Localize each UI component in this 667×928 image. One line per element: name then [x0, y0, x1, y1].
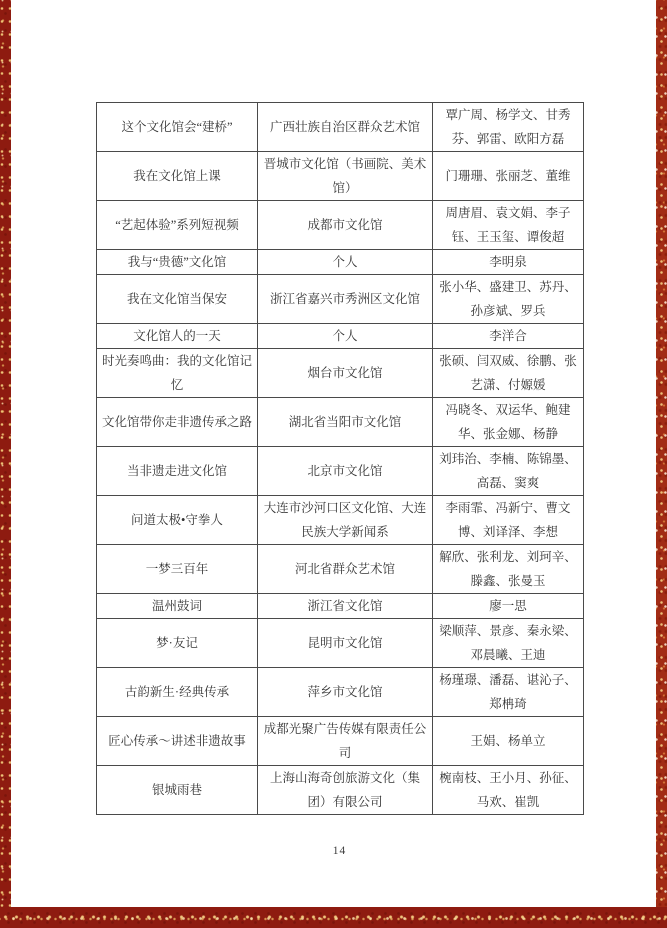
work-title-cell: 文化馆人的一天 — [97, 324, 258, 349]
work-title-cell: 我在文化馆上课 — [97, 152, 258, 201]
table-row: 一梦三百年河北省群众艺术馆解欣、张利龙、刘珂辛、滕鑫、张曼玉 — [97, 545, 584, 594]
organization-cell: 北京市文化馆 — [258, 447, 433, 496]
people-cell: 杨瑾璟、潘磊、谌沁子、郑柟琦 — [433, 668, 584, 717]
work-title-cell: 我与“贵德”文化馆 — [97, 250, 258, 275]
organization-cell: 成都市文化馆 — [258, 201, 433, 250]
work-title-cell: 文化馆带你走非遗传承之路 — [97, 398, 258, 447]
organization-cell: 个人 — [258, 250, 433, 275]
people-cell: 张小华、盛建卫、苏丹、孙彦斌、罗兵 — [433, 275, 584, 324]
organization-cell: 浙江省文化馆 — [258, 594, 433, 619]
table-row: 古韵新生·经典传承萍乡市文化馆杨瑾璟、潘磊、谌沁子、郑柟琦 — [97, 668, 584, 717]
people-cell: 椀南枝、王小月、孙征、马欢、崔凯 — [433, 766, 584, 815]
table-row: 梦·友记昆明市文化馆梁顺萍、景彦、秦永梁、邓晨曦、王迪 — [97, 619, 584, 668]
people-cell: 李洋合 — [433, 324, 584, 349]
awards-table-body: 这个文化馆会“建桥”广西壮族自治区群众艺术馆覃广周、杨学文、甘秀芬、郭雷、欧阳方… — [97, 103, 584, 815]
awards-table: 这个文化馆会“建桥”广西壮族自治区群众艺术馆覃广周、杨学文、甘秀芬、郭雷、欧阳方… — [96, 102, 584, 815]
page-number: 14 — [96, 845, 583, 857]
work-title-cell: 温州鼓词 — [97, 594, 258, 619]
work-title-cell: 我在文化馆当保安 — [97, 275, 258, 324]
work-title-cell: 当非遗走进文化馆 — [97, 447, 258, 496]
frame-left-border — [0, 0, 11, 928]
table-row: 时光奏鸣曲：我的文化馆记忆烟台市文化馆张硕、闫双威、徐鹏、张艺潇、付嫄媛 — [97, 349, 584, 398]
organization-cell: 萍乡市文化馆 — [258, 668, 433, 717]
organization-cell: 浙江省嘉兴市秀洲区文化馆 — [258, 275, 433, 324]
work-title-cell: 时光奏鸣曲：我的文化馆记忆 — [97, 349, 258, 398]
table-row: 文化馆人的一天个人李洋合 — [97, 324, 584, 349]
organization-cell: 广西壮族自治区群众艺术馆 — [258, 103, 433, 152]
table-row: 银城雨巷上海山海奇创旅游文化（集团）有限公司椀南枝、王小月、孙征、马欢、崔凯 — [97, 766, 584, 815]
organization-cell: 个人 — [258, 324, 433, 349]
people-cell: 门珊珊、张丽芝、董维 — [433, 152, 584, 201]
organization-cell: 晋城市文化馆（书画院、美术馆） — [258, 152, 433, 201]
people-cell: 周唐眉、袁文娟、李子钰、王玉玺、谭俊超 — [433, 201, 584, 250]
frame-right-border — [656, 0, 667, 928]
table-row: 温州鼓词浙江省文化馆廖一思 — [97, 594, 584, 619]
organization-cell: 河北省群众艺术馆 — [258, 545, 433, 594]
table-row: “艺起体验”系列短视频成都市文化馆周唐眉、袁文娟、李子钰、王玉玺、谭俊超 — [97, 201, 584, 250]
table-row: 当非遗走进文化馆北京市文化馆刘玮治、李楠、陈锦墨、高磊、窦爽 — [97, 447, 584, 496]
people-cell: 覃广周、杨学文、甘秀芬、郭雷、欧阳方磊 — [433, 103, 584, 152]
people-cell: 梁顺萍、景彦、秦永梁、邓晨曦、王迪 — [433, 619, 584, 668]
table-row: 这个文化馆会“建桥”广西壮族自治区群众艺术馆覃广周、杨学文、甘秀芬、郭雷、欧阳方… — [97, 103, 584, 152]
work-title-cell: 古韵新生·经典传承 — [97, 668, 258, 717]
work-title-cell: 这个文化馆会“建桥” — [97, 103, 258, 152]
work-title-cell: 一梦三百年 — [97, 545, 258, 594]
table-row: 匠心传承～讲述非遗故事成都光聚广告传媒有限责任公司王娟、杨单立 — [97, 717, 584, 766]
organization-cell: 上海山海奇创旅游文化（集团）有限公司 — [258, 766, 433, 815]
people-cell: 冯晓冬、双运华、鲍建华、张金娜、杨静 — [433, 398, 584, 447]
table-row: 问道太极•守拳人大连市沙河口区文化馆、大连民族大学新闻系李雨霏、冯新宁、曹文博、… — [97, 496, 584, 545]
document-page: { "page": { "number": "14", "background"… — [0, 0, 667, 928]
work-title-cell: 匠心传承～讲述非遗故事 — [97, 717, 258, 766]
table-row: 文化馆带你走非遗传承之路湖北省当阳市文化馆冯晓冬、双运华、鲍建华、张金娜、杨静 — [97, 398, 584, 447]
people-cell: 王娟、杨单立 — [433, 717, 584, 766]
organization-cell: 成都光聚广告传媒有限责任公司 — [258, 717, 433, 766]
people-cell: 廖一思 — [433, 594, 584, 619]
people-cell: 张硕、闫双威、徐鹏、张艺潇、付嫄媛 — [433, 349, 584, 398]
work-title-cell: 问道太极•守拳人 — [97, 496, 258, 545]
table-row: 我在文化馆当保安浙江省嘉兴市秀洲区文化馆张小华、盛建卫、苏丹、孙彦斌、罗兵 — [97, 275, 584, 324]
people-cell: 刘玮治、李楠、陈锦墨、高磊、窦爽 — [433, 447, 584, 496]
work-title-cell: “艺起体验”系列短视频 — [97, 201, 258, 250]
work-title-cell: 银城雨巷 — [97, 766, 258, 815]
work-title-cell: 梦·友记 — [97, 619, 258, 668]
organization-cell: 烟台市文化馆 — [258, 349, 433, 398]
people-cell: 李雨霏、冯新宁、曹文博、刘译泽、李想 — [433, 496, 584, 545]
organization-cell: 湖北省当阳市文化馆 — [258, 398, 433, 447]
organization-cell: 昆明市文化馆 — [258, 619, 433, 668]
people-cell: 李明泉 — [433, 250, 584, 275]
table-row: 我在文化馆上课晋城市文化馆（书画院、美术馆）门珊珊、张丽芝、董维 — [97, 152, 584, 201]
frame-bottom-border — [0, 907, 667, 928]
organization-cell: 大连市沙河口区文化馆、大连民族大学新闻系 — [258, 496, 433, 545]
people-cell: 解欣、张利龙、刘珂辛、滕鑫、张曼玉 — [433, 545, 584, 594]
table-row: 我与“贵德”文化馆个人李明泉 — [97, 250, 584, 275]
